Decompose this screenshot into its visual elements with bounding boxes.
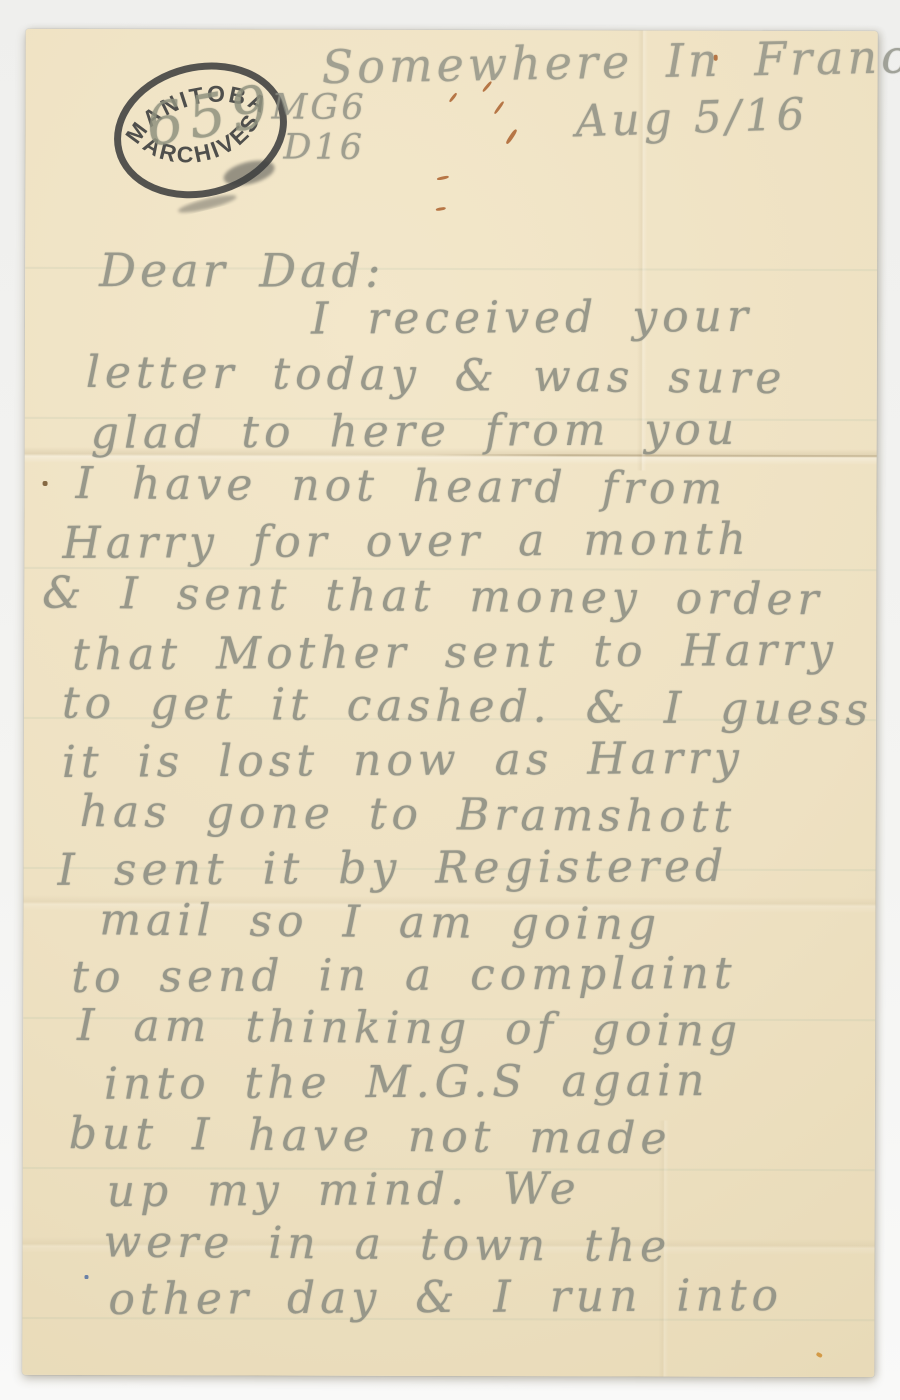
- letter-body-line: I received your: [311, 291, 753, 345]
- letter-body-line: I am thinking of going: [77, 1000, 742, 1057]
- letter-body-line: I sent it by Registered: [57, 841, 728, 896]
- letter-body-line: to get it cashed. & I guess: [62, 678, 873, 736]
- letter-body-line: has gone to Bramshott: [79, 786, 736, 843]
- letter-body-line: Harry for over a month: [62, 514, 751, 569]
- letter-body-line: up my mind. We: [107, 1163, 581, 1217]
- letter-page: MANITOBA ARCHIVES 659 MG6 D16 Somewhere …: [22, 29, 878, 1377]
- letter-body-line: mail so I am going: [99, 894, 661, 950]
- letter-body-line: to send in a complaint: [71, 948, 737, 1003]
- scan-background: MANITOBA ARCHIVES 659 MG6 D16 Somewhere …: [0, 0, 900, 1400]
- letter-body-line: were in a town the: [103, 1216, 671, 1272]
- letter-body-line: letter today & was sure: [86, 347, 787, 404]
- letter-body-line: I have not heard from: [75, 458, 727, 515]
- letter-body-line: that Mother sent to Harry: [72, 625, 838, 681]
- letter-body: I received your letter today & was sure …: [22, 29, 878, 1377]
- letter-body-line: but I have not made: [69, 1108, 672, 1164]
- letter-body-line: into the M.G.S again: [104, 1055, 710, 1110]
- letter-body-line: & I sent that money order: [42, 568, 824, 626]
- letter-body-line: glad to here from you: [91, 404, 740, 459]
- letter-body-line: it is lost now as Harry: [62, 733, 744, 788]
- letter-body-line: other day & I run into: [108, 1270, 783, 1325]
